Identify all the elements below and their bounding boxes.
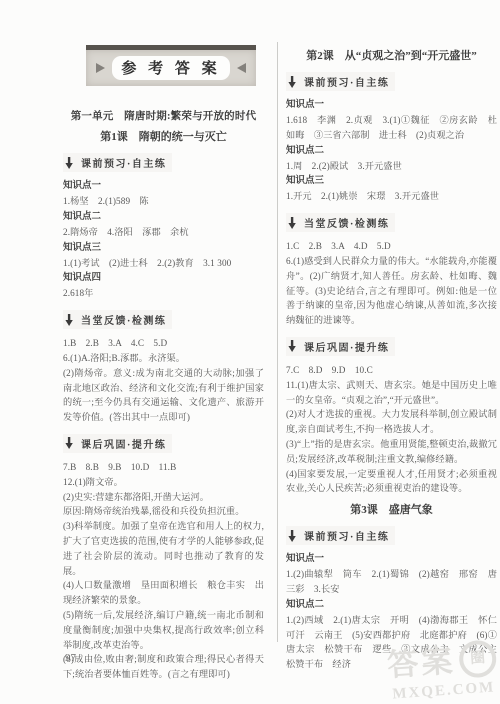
- watermark-site: MXQE.COM: [389, 679, 499, 704]
- answer-book-page: 参 考 答 案 第一单元 隋唐时期:繁荣与开放的时代 第1课 隋朝的统一与灭亡 …: [0, 0, 500, 704]
- section-title: 课前预习·自主练: [304, 528, 389, 543]
- section-title: 课后巩固·提升练: [81, 436, 166, 451]
- section-header-preview: 课前预习·自主练: [286, 72, 395, 91]
- triangle-right-icon: [96, 63, 105, 73]
- answer-line: (3)“上”指的是唐玄宗。他重用贤能,整顿吏治,裁撤冗员;发展经济,改革税制;注…: [286, 437, 497, 467]
- answer-line: 6.(1)感受到人民群众力量的伟大。“水能载舟,亦能覆舟”。(2)广纳贤才,知人…: [286, 254, 497, 328]
- answer-line: 1.618 李渊 2.贞观 3.(1)①魏征 ②房玄龄 杜如晦 ③三省六部制 进…: [286, 113, 497, 143]
- watermark-brand-text: 答案: [386, 645, 456, 681]
- answer-line: 1.B 2.B 3.A 4.C 5.D: [63, 336, 264, 351]
- answer-line: (2)隋炀帝。意义:成为南北交通的大动脉;加强了南北地区政治、经济和文化交流;有…: [63, 366, 264, 425]
- watermark-brand: 答案 圈: [386, 639, 497, 684]
- watermark: 答案 圈 MXQE.COM: [386, 639, 499, 703]
- knowledge-point-label: 知识点一: [286, 552, 497, 567]
- answer-line: 1.杨坚 2.(1)589 陈: [63, 194, 264, 209]
- column-divider: [277, 42, 278, 642]
- answer-line: 11.(1)唐太宗、武则天、唐玄宗。她是中国历史上唯一的女皇帝。“贞观之治”,“…: [286, 378, 497, 408]
- down-arrow-icon: [288, 76, 296, 88]
- answer-line: 7.C 8.D 9.D 10.C: [286, 363, 497, 378]
- section-title: 当堂反馈·检测练: [304, 215, 389, 230]
- knowledge-point-label: 知识点一: [286, 98, 497, 113]
- down-arrow-icon: [288, 340, 296, 352]
- answer-line: 原因:隋炀帝统治残暴,徭役和兵役负担沉重。: [63, 504, 264, 519]
- knowledge-point-label: 知识点四: [63, 271, 264, 286]
- answer-line: 2.隋炀帝 4.洛阳 涿郡 余杭: [63, 225, 264, 240]
- left-column: 参 考 答 案 第一单元 隋唐时期:繁荣与开放的时代 第1课 隋朝的统一与灭亡 …: [63, 45, 264, 682]
- answer-line: 1.开元 2.(1)姚崇 宋璟 3.开元盛世: [286, 189, 497, 204]
- answer-line: 1.周 2.(2)殿试 3.开元盛世: [286, 159, 497, 174]
- triangle-left-icon: [237, 63, 246, 73]
- knowledge-point-label: 知识点三: [286, 174, 497, 189]
- down-arrow-icon: [65, 314, 73, 326]
- section-title: 当堂反馈·检测练: [81, 312, 166, 327]
- knowledge-point-label: 知识点三: [63, 241, 264, 256]
- answer-line: 7.B 8.B 9.B 10.D 11.B: [63, 460, 264, 475]
- answer-line: 1.(1)考试 (2)进士科 2.(2)教育 3.1 300: [63, 256, 264, 271]
- answer-line: (4)人口数量激增 垦田面积增长 粮仓丰实 出现经济繁荣的景象。: [63, 578, 264, 608]
- answer-line: (6)成由俭,败由奢;制度和政策合理;得民心者得天下;统治者要体恤百姓等。(言之…: [63, 652, 264, 682]
- lesson1-title: 第1课 隋朝的统一与灭亡: [63, 128, 264, 144]
- down-arrow-icon: [65, 437, 73, 449]
- knowledge-point-label: 知识点二: [63, 210, 264, 225]
- section-header-consolidate: 课后巩固·提升练: [286, 337, 395, 356]
- section-header-preview: 课前预习·自主练: [63, 153, 172, 172]
- knowledge-point-label: 知识点一: [63, 179, 264, 194]
- knowledge-point-label: 知识点二: [286, 598, 497, 613]
- section-title: 课前预习·自主练: [81, 155, 166, 170]
- down-arrow-icon: [288, 217, 296, 229]
- answer-line: (3)科举制度。加强了皇帝在选官和用人上的权力,扩大了官吏选拔的范围,使有才学的…: [63, 519, 264, 578]
- answer-line: 12.(1)隋文帝。: [63, 475, 264, 490]
- answer-line: 1.(2)曲辕犁 筒车 2.(1)蜀锦 (2)越窑 邢窑 唐三彩 3.长安: [286, 567, 497, 597]
- answer-line: (2)史实:营建东都洛阳,开凿大运河。: [63, 490, 264, 505]
- section-title: 课后巩固·提升练: [304, 339, 389, 354]
- lesson3-title: 第3课 盛唐气象: [286, 501, 497, 517]
- right-column: 第2课 从“贞观之治”到“开元盛世” 课前预习·自主练 知识点一 1.618 李…: [286, 45, 497, 672]
- answer-line: 6.(1)A.洛阳;B.涿郡。永济渠。: [63, 351, 264, 366]
- section-title: 课前预习·自主练: [304, 74, 389, 89]
- answer-line: (5)隋统一后,发展经济,编订户籍,统一南北币制和度量衡制度;加强中央集权,提高…: [63, 608, 264, 652]
- down-arrow-icon: [65, 157, 73, 169]
- answer-line: 1.C 2.B 3.A 4.D 5.D: [286, 239, 497, 254]
- section-header-consolidate: 课后巩固·提升练: [63, 434, 172, 453]
- banner-title: 参 考 答 案: [112, 56, 229, 80]
- page-number: 97: [65, 652, 76, 664]
- answer-line: (2)对人才选拔的重视。大力发展科举制,创立殿试制度,亲自面试考生,不拘一格选拔…: [286, 407, 497, 437]
- lesson2-title: 第2课 从“贞观之治”到“开元盛世”: [286, 47, 497, 63]
- section-header-feedback: 当堂反馈·检测练: [286, 213, 395, 232]
- down-arrow-icon: [288, 530, 296, 542]
- watermark-circle-logo: 圈: [458, 639, 497, 678]
- section-header-feedback: 当堂反馈·检测练: [63, 310, 172, 329]
- answer-line: (4)国家要发展,一定要重视人才,任用贤才;必须重视农业,关心人民疾苦;必须重视…: [286, 467, 497, 497]
- unit-title: 第一单元 隋唐时期:繁荣与开放的时代: [63, 108, 264, 123]
- knowledge-point-label: 知识点二: [286, 144, 497, 159]
- section-header-preview: 课前预习·自主练: [286, 526, 395, 545]
- answers-banner: 参 考 答 案: [86, 45, 256, 86]
- answer-line: 2.618年: [63, 286, 264, 301]
